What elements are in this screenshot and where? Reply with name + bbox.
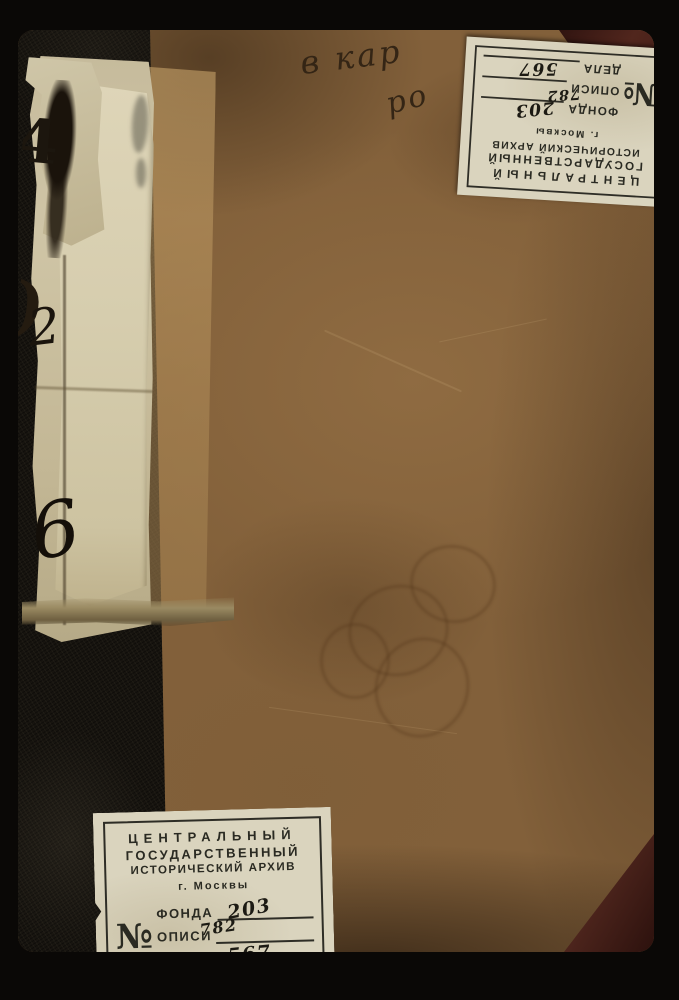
stamp-border: ЦЕНТРАЛЬНЫЙ ГОСУДАРСТВЕННЫЙ ИСТОРИЧЕСКИЙ… (467, 45, 654, 199)
stamp-org-line: г. Москвы (115, 876, 313, 895)
archive-stamp-top: ЦЕНТРАЛЬНЫЙ ГОСУДАРСТВЕННЫЙ ИСТОРИЧЕСКИЙ… (457, 37, 654, 208)
book-cover: 4 ) 2 6 в кар ро ЦЕНТРАЛЬНЫЙ ГОСУДАРСТВЕ… (18, 30, 654, 952)
number-sign: № (116, 919, 152, 952)
handwritten-note-line2: ро (382, 77, 432, 121)
handwritten-file-number: 567 (517, 59, 557, 79)
leather-corner-bottom-right (564, 834, 654, 952)
spine-digit-fragment: 2 (25, 296, 64, 357)
stamp-border: ЦЕНТРАЛЬНЫЙ ГОСУДАРСТВЕННЫЙ ИСТОРИЧЕСКИЙ… (103, 816, 325, 952)
paper-strip-torn-bottom-edge (22, 596, 234, 626)
cover-scratch (324, 330, 462, 393)
number-sign: № (624, 77, 654, 109)
handwritten-inventory-number: 782 (199, 915, 239, 939)
ink-smudge (136, 158, 146, 188)
handwritten-file-number: 567 (227, 941, 273, 952)
water-stain (320, 545, 510, 755)
handwritten-note-line1: в кар (298, 32, 404, 82)
photo-backdrop: 4 ) 2 6 в кар ро ЦЕНТРАЛЬНЫЙ ГОСУДАРСТВЕ… (0, 0, 679, 1000)
cover-scratch (439, 319, 547, 343)
spine-digit-fragment: 4 (21, 110, 68, 167)
archive-stamp-bottom: ЦЕНТРАЛЬНЫЙ ГОСУДАРСТВЕННЫЙ ИСТОРИЧЕСКИЙ… (93, 807, 336, 952)
handwritten-inventory-number: 782 (546, 86, 581, 105)
field-underline: 567 (204, 939, 315, 952)
